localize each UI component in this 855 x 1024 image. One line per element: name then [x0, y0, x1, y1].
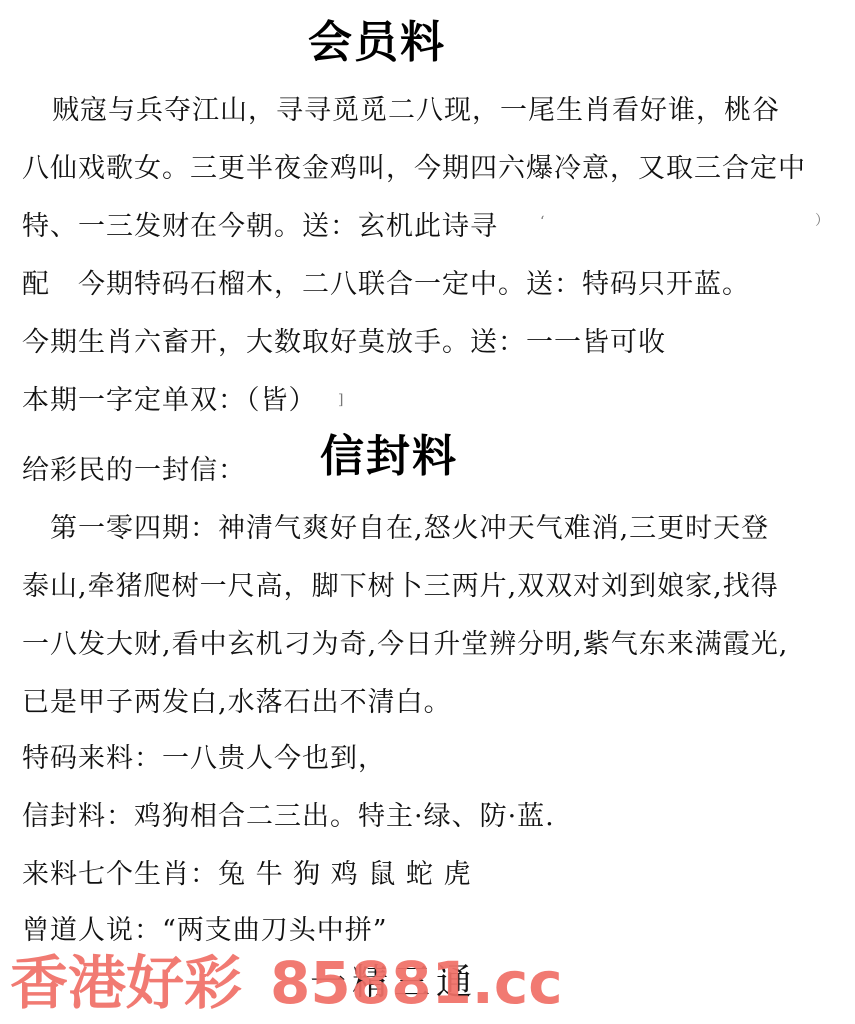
paragraph-line: 一八发大财,看中玄机刁为奇,今日升堂辨分明,紫气东来满霞光, — [22, 628, 788, 662]
paragraph-line: 本期一字定单双：（皆） — [22, 384, 317, 418]
watermark-brand: 香港好彩 — [10, 949, 242, 1017]
paragraph-line: 来料七个生肖：兔 牛 狗 鸡 鼠 蛇 虎 — [22, 858, 472, 892]
section-title-envelope-info: 信封料 — [320, 432, 458, 482]
watermark-site: 85881.cc — [270, 949, 563, 1017]
paragraph-line: 配 今期特码石榴木，二八联合一定中。送：特码只开蓝。 — [22, 268, 750, 302]
stray-mark: ‘ — [540, 214, 544, 230]
watermark: 香港好彩85881.cc — [10, 948, 563, 1018]
section-title-member-info: 会员料 — [308, 18, 446, 68]
stray-mark: ） — [815, 210, 829, 230]
paragraph-line: 曾道人说：“两支曲刀头中拼” — [22, 914, 388, 948]
letter-intro-label: 给彩民的一封信： — [22, 454, 246, 488]
paragraph-line: 特、一三发财在今朝。送：玄机此诗寻 — [22, 210, 498, 244]
stray-mark: ] — [338, 392, 343, 408]
paragraph-line: 已是甲子两发白,水落石出不清白。 — [22, 686, 452, 720]
paragraph-line: 贼寇与兵夺江山，寻寻觅觅二八现，一尾生肖看好谁，桃谷 — [24, 94, 780, 128]
paragraph-line: 信封料：鸡狗相合二三出。特主·绿、防·蓝. — [22, 800, 555, 834]
paragraph-line: 泰山,牵猪爬树一尺高，脚下树卜三两片,双双对刘到娘家,找得 — [22, 570, 779, 604]
paragraph-line: 第一零四期：神清气爽好自在,怒火冲天气难消,三更时天登 — [22, 512, 769, 546]
paragraph-line: 今期生肖六畜开，大数取好莫放手。送：一一皆可收 — [22, 326, 666, 360]
paragraph-line: 八仙戏歌女。三更半夜金鸡叫，今期四六爆冷意，又取三合定中 — [22, 152, 806, 186]
paragraph-line: 特码来料：一八贵人今也到， — [22, 742, 386, 776]
